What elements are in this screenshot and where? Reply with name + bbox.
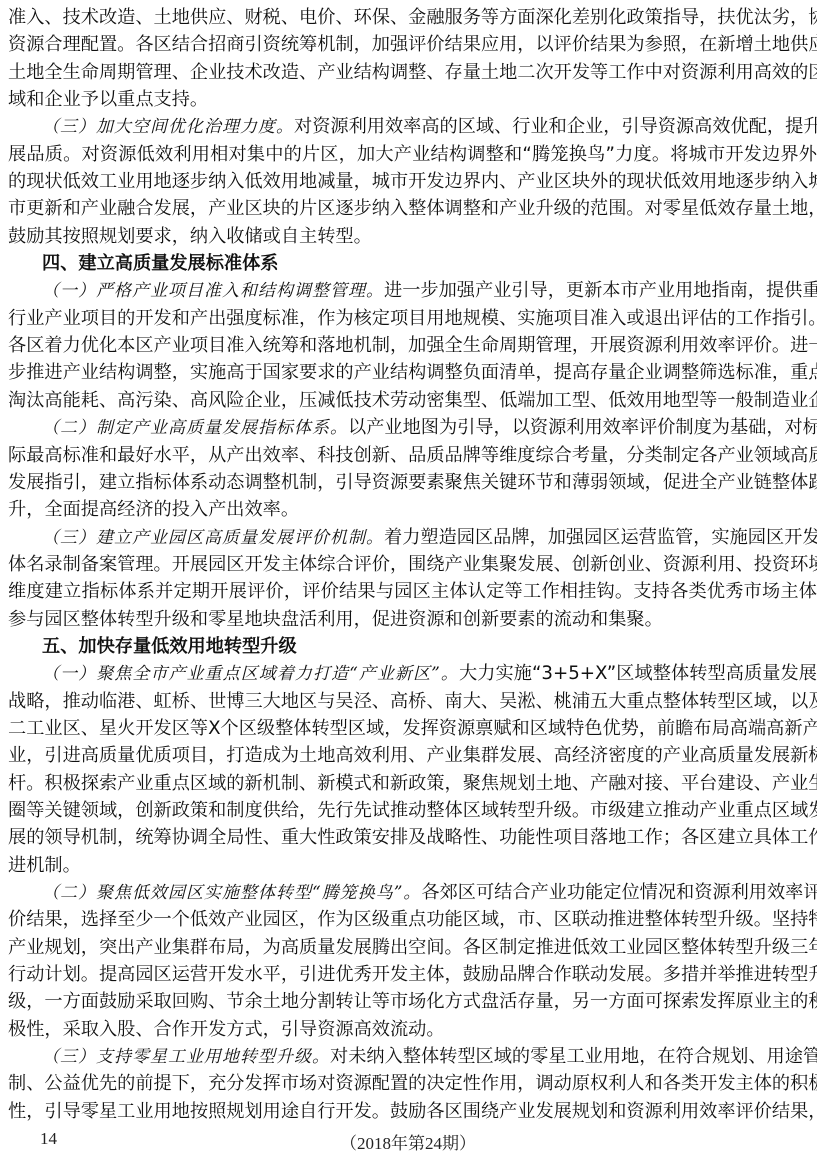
text-span: 对未纳入整体转型区域的零星工业用地，在符合规划、用途管: [330, 1046, 817, 1067]
subsection-title: （三）加大空间优化治理力度。: [42, 117, 294, 137]
text-span: 对资源利用效率高的区域、行业和企业，引导资源高效优配，提升发: [294, 116, 817, 137]
paragraph-first-line: （二）制定产业高质量发展指标体系。以产业地图为引导，以资源利用效率评价制度为基础…: [8, 414, 817, 441]
subsection-title: （一）聚焦全市产业重点区域着力打造“产业新区”。: [42, 664, 459, 684]
text-line: 淘汰高能耗、高污染、高风险企业，压减低技术劳动密集型、低端加工型、低效用地型等一…: [8, 387, 817, 414]
text-line: 圈等关键领域，创新政策和制度供给，先行先试推动整体区域转型升级。市级建立推动产业…: [8, 797, 817, 824]
text-span: 进一步加强产业引导，更新本市产业用地指南，提供重点: [384, 280, 817, 301]
paragraph-first-line: （三）加大空间优化治理力度。对资源利用效率高的区域、行业和企业，引导资源高效优配…: [8, 113, 817, 140]
text-line: 参与园区整体转型升级和零星地块盘活利用，促进资源和创新要素的流动和集聚。: [8, 606, 817, 633]
text-line: 极性，采取入股、合作开发方式，引导资源高效流动。: [8, 1016, 817, 1043]
text-line: 资源合理配置。各区结合招商引资统筹机制，加强评价结果应用，以评价结果为参照，在新…: [8, 31, 817, 58]
text-line: 制、公益优先的前提下，充分发挥市场对资源配置的决定性作用，调动原权利人和各类开发…: [8, 1070, 817, 1097]
subsection-title: （二）制定产业高质量发展指标体系。: [42, 418, 348, 438]
text-line: 展品质。对资源低效利用相对集中的片区，加大产业结构调整和“腾笼换鸟”力度。将城市…: [8, 141, 817, 168]
paragraph-first-line: （三）建立产业园区高质量发展评价机制。着力塑造园区品牌，加强园区运营监管，实施园…: [8, 524, 817, 551]
section-heading: 五、加快存量低效用地转型升级: [8, 633, 817, 660]
paragraph-first-line: （一）严格产业项目准入和结构调整管理。进一步加强产业引导，更新本市产业用地指南，…: [8, 277, 817, 304]
text-line: 准入、技术改造、土地供应、财税、电价、环保、金融服务等方面深化差别化政策指导，扶…: [8, 4, 817, 31]
text-line: 体名录制备案管理。开展园区开发主体综合评价，围绕产业集聚发展、创新创业、资源利用…: [8, 551, 817, 578]
text-line: 发展指引，建立指标体系动态调整机制，引导资源要素聚焦关键环节和薄弱领域，促进全产…: [8, 469, 817, 496]
text-span: 大力实施“3+5+X”区域整体转型高质量发展: [459, 663, 817, 684]
text-line: 域和企业予以重点支持。: [8, 86, 817, 113]
page-footer: 14 （2018年第24期）: [0, 1127, 827, 1153]
paragraph-first-line: （二）聚焦低效园区实施整体转型“腾笼换鸟”。各郊区可结合产业功能定位情况和资源利…: [8, 879, 817, 906]
text-span: 着力塑造园区品牌，加强园区运营监管，实施园区开发主: [384, 527, 817, 548]
paragraph-first-line: （三）支持零星工业用地转型升级。对未纳入整体转型区域的零星工业用地，在符合规划、…: [8, 1043, 817, 1070]
text-span: 以产业地图为引导，以资源利用效率评价制度为基础，对标国: [348, 417, 817, 438]
text-span: 各郊区可结合产业功能定位情况和资源利用效率评: [421, 882, 817, 903]
text-line: 各区着力优化本区产业项目准入统筹和落地机制，加强全生命周期管理，开展资源利用效率…: [8, 332, 817, 359]
text-line: 进机制。: [8, 852, 817, 879]
subsection-title: （三）建立产业园区高质量发展评价机制。: [42, 528, 384, 548]
text-line: 性，引导零星工业用地按照规划用途自行开发。鼓励各区围绕产业发展规划和资源利用效率…: [8, 1098, 817, 1125]
text-line: 行业产业项目的开发和产出强度标准，作为核定项目用地规模、实施项目准入或退出评估的…: [8, 305, 817, 332]
paragraph-first-line: （一）聚焦全市产业重点区域着力打造“产业新区”。大力实施“3+5+X”区域整体转…: [8, 660, 817, 687]
text-line: 二工业区、星火开发区等X个区级整体转型区域，发挥资源禀赋和区域特色优势，前瞻布局…: [8, 715, 817, 742]
text-line: 杆。积极探索产业重点区域的新机制、新模式和新政策，聚焦规划土地、产融对接、平台建…: [8, 770, 817, 797]
subsection-title: （三）支持零星工业用地转型升级。: [42, 1047, 330, 1067]
text-line: 市更新和产业融合发展，产业区块的片区逐步纳入整体调整和产业升级的范围。对零星低效…: [8, 195, 817, 222]
page-number: 14: [40, 1129, 57, 1149]
text-line: 际最高标准和最好水平，从产出效率、科技创新、品质品牌等维度综合考量，分类制定各产…: [8, 442, 817, 469]
text-line: 维度建立指标体系并定期开展评价，评价结果与园区主体认定等工作相挂钩。支持各类优秀…: [8, 578, 817, 605]
text-line: 行动计划。提高园区运营开发水平，引进优秀开发主体，鼓励品牌合作联动发展。多措并举…: [8, 961, 817, 988]
text-line: 级，一方面鼓励采取回购、节余土地分割转让等市场化方式盘活存量，另一方面可探索发挥…: [8, 988, 817, 1015]
subsection-title: （一）严格产业项目准入和结构调整管理。: [42, 281, 384, 301]
text-line: 战略，推动临港、虹桥、世博三大地区与吴泾、高桥、南大、吴淞、桃浦五大重点整体转型…: [8, 688, 817, 715]
issue-label: （2018年第24期）: [340, 1129, 476, 1154]
text-line: 土地全生命周期管理、企业技术改造、产业结构调整、存量土地二次开发等工作中对资源利…: [8, 59, 817, 86]
text-line: 业，引进高质量优质项目，打造成为土地高效利用、产业集群发展、高经济密度的产业高质…: [8, 742, 817, 769]
text-line: 步推进产业结构调整，实施高于国家要求的产业结构调整负面清单，提高存量企业调整筛选…: [8, 359, 817, 386]
text-line: 产业规划，突出产业集群布局，为高质量发展腾出空间。各区制定推进低效工业园区整体转…: [8, 934, 817, 961]
text-line: 升，全面提高经济的投入产出效率。: [8, 496, 817, 523]
text-line: 的现状低效工业用地逐步纳入低效用地减量，城市开发边界内、产业区块外的现状低效用地…: [8, 168, 817, 195]
text-line: 展的领导机制，统筹协调全局性、重大性政策安排及战略性、功能性项目落地工作；各区建…: [8, 824, 817, 851]
document-body: 准入、技术改造、土地供应、财税、电价、环保、金融服务等方面深化差别化政策指导，扶…: [8, 4, 817, 1125]
subsection-title: （二）聚焦低效园区实施整体转型“腾笼换鸟”。: [42, 883, 421, 903]
text-line: 鼓励其按照规划要求，纳入收储或自主转型。: [8, 223, 817, 250]
text-line: 价结果，选择至少一个低效产业园区，作为区级重点功能区域，市、区联动推进整体转型升…: [8, 906, 817, 933]
section-heading: 四、建立高质量发展标准体系: [8, 250, 817, 277]
